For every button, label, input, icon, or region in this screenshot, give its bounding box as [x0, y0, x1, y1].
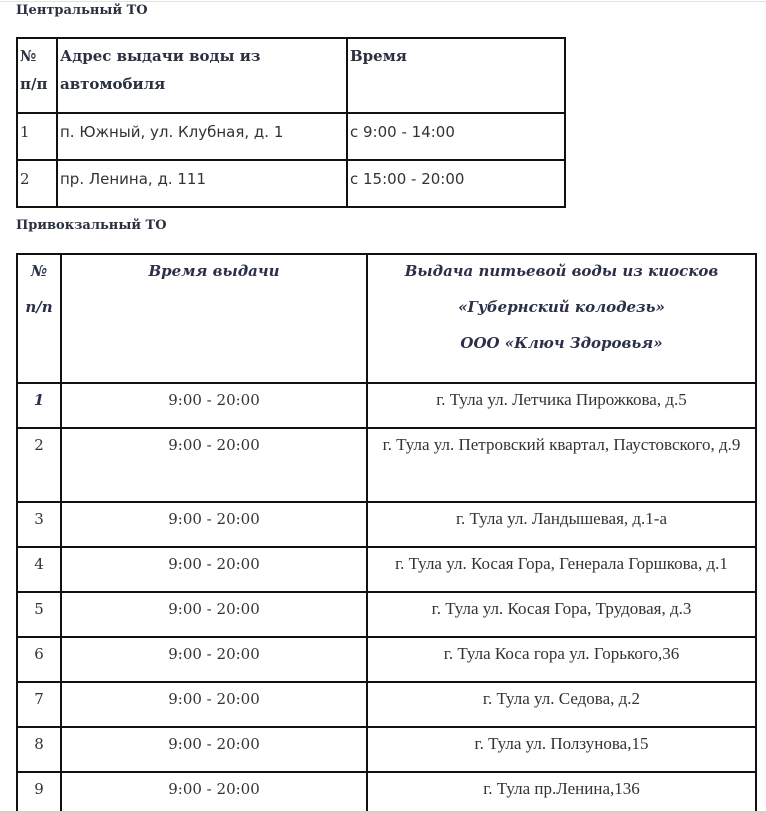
- cell-num: 7: [17, 682, 61, 727]
- header-address-line2: «Губернский колодезь»: [368, 297, 755, 318]
- table-row: 19:00 - 20:00г. Тула ул. Летчика Пирожко…: [17, 383, 756, 428]
- header-time-label: Время выдачи: [62, 261, 366, 282]
- header-num: № п/п: [17, 38, 57, 113]
- cell-num: 9: [17, 772, 61, 813]
- header-num-line1: №: [18, 261, 60, 282]
- cell-num: 4: [17, 547, 61, 592]
- section-title-central: Центральный ТО: [16, 3, 148, 18]
- cell-num: 3: [17, 502, 61, 547]
- cell-time: 9:00 - 20:00: [61, 682, 367, 727]
- cell-num: 5: [17, 592, 61, 637]
- cell-time: 9:00 - 20:00: [61, 547, 367, 592]
- header-num-line2: п/п: [18, 297, 60, 318]
- table-row: 29:00 - 20:00г. Тула ул. Петровский квар…: [17, 428, 756, 502]
- cell-num: 1: [17, 113, 57, 160]
- header-address: Адрес выдачи воды из автомобиля: [57, 38, 347, 113]
- cell-time: 9:00 - 20:00: [61, 428, 367, 502]
- table-row: 79:00 - 20:00г. Тула ул. Седова, д.2: [17, 682, 756, 727]
- header-num: № п/п: [17, 254, 61, 383]
- cell-address: г. Тула ул. Ползунова,15: [367, 727, 756, 772]
- cell-num: 6: [17, 637, 61, 682]
- privokzalny-to-table: № п/п Время выдачи Выдача питьевой воды …: [16, 253, 757, 813]
- cell-address: г. Тула ул. Седова, д.2: [367, 682, 756, 727]
- table-row: 89:00 - 20:00г. Тула ул. Ползунова,15: [17, 727, 756, 772]
- top-divider: [0, 1, 766, 2]
- cell-address: г. Тула пр.Ленина,136: [367, 772, 756, 813]
- table-row: 39:00 - 20:00г. Тула ул. Ландышевая, д.1…: [17, 502, 756, 547]
- cell-time: 9:00 - 20:00: [61, 637, 367, 682]
- cell-address: п. Южный, ул. Клубная, д. 1: [57, 113, 347, 160]
- cell-time: с 9:00 - 14:00: [347, 113, 565, 160]
- table-row: 49:00 - 20:00г. Тула ул. Косая Гора, Ген…: [17, 547, 756, 592]
- cell-address: г. Тула ул. Ландышевая, д.1-а: [367, 502, 756, 547]
- table-row: 1 п. Южный, ул. Клубная, д. 1 с 9:00 - 1…: [17, 113, 565, 160]
- cell-num: 2: [17, 428, 61, 502]
- cell-address: г. Тула ул. Косая Гора, Трудовая, д.3: [367, 592, 756, 637]
- cell-address: г. Тула ул. Косая Гора, Генерала Горшков…: [367, 547, 756, 592]
- cell-address: г. Тула Коса гора ул. Горького,36: [367, 637, 756, 682]
- cell-time: 9:00 - 20:00: [61, 772, 367, 813]
- table-row: 69:00 - 20:00г. Тула Коса гора ул. Горьк…: [17, 637, 756, 682]
- header-time: Время: [347, 38, 565, 113]
- cell-time: 9:00 - 20:00: [61, 383, 367, 428]
- table-header-row: № п/п Время выдачи Выдача питьевой воды …: [17, 254, 756, 383]
- cell-address: пр. Ленина, д. 111: [57, 160, 347, 207]
- header-time: Время выдачи: [61, 254, 367, 383]
- cell-num: 1: [17, 383, 61, 428]
- table-row: 59:00 - 20:00г. Тула ул. Косая Гора, Тру…: [17, 592, 756, 637]
- header-address: Выдача питьевой воды из киосков «Губернс…: [367, 254, 756, 383]
- central-to-table: № п/п Адрес выдачи воды из автомобиля Вр…: [16, 37, 566, 208]
- cell-time: 9:00 - 20:00: [61, 727, 367, 772]
- cell-address: г. Тула ул. Петровский квартал, Паустовс…: [367, 428, 756, 502]
- header-address-line3: ООО «Ключ Здоровья»: [368, 333, 755, 354]
- header-address-line1: Выдача питьевой воды из киосков: [368, 261, 755, 282]
- cell-time: 9:00 - 20:00: [61, 502, 367, 547]
- cell-num: 2: [17, 160, 57, 207]
- cell-time: 9:00 - 20:00: [61, 592, 367, 637]
- cell-time: с 15:00 - 20:00: [347, 160, 565, 207]
- table-row: 99:00 - 20:00г. Тула пр.Ленина,136: [17, 772, 756, 813]
- table-row: 2 пр. Ленина, д. 111 с 15:00 - 20:00: [17, 160, 565, 207]
- cell-address: г. Тула ул. Летчика Пирожкова, д.5: [367, 383, 756, 428]
- cell-num: 8: [17, 727, 61, 772]
- section-title-privokzalny: Привокзальный ТО: [16, 218, 167, 233]
- table-header-row: № п/п Адрес выдачи воды из автомобиля Вр…: [17, 38, 565, 113]
